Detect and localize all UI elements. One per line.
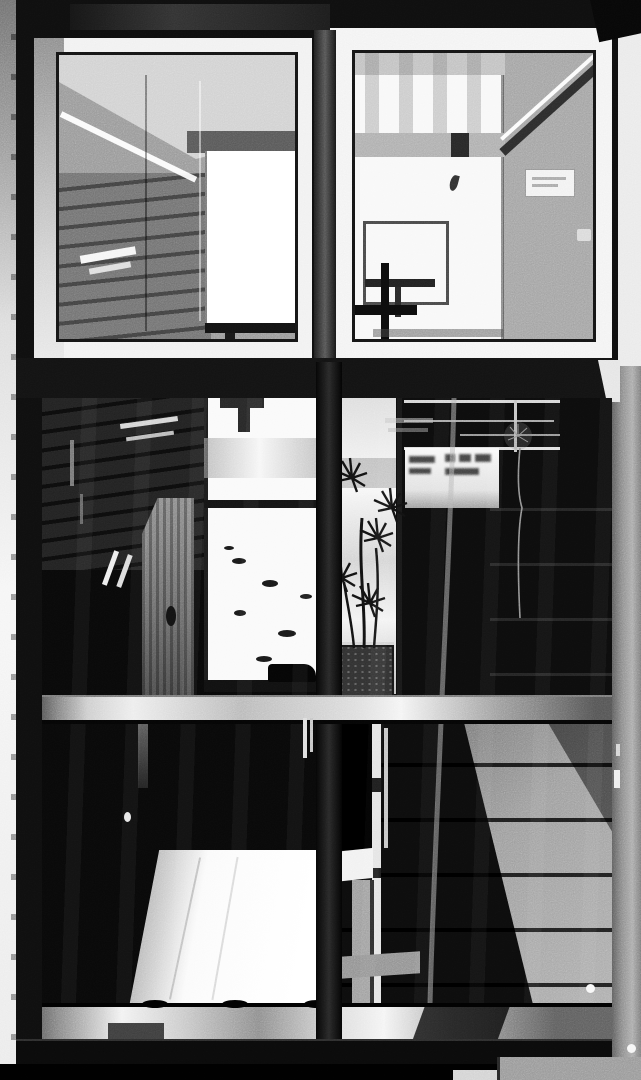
jamb-latch-highlight <box>616 744 620 756</box>
top-frame-rail <box>70 4 330 30</box>
glass-scratch-light <box>199 81 201 321</box>
band-dark-patch <box>108 1023 164 1039</box>
stair-shadow-on-band <box>411 1007 509 1043</box>
stepping-stone <box>256 656 272 662</box>
window-head-shadow <box>187 131 295 153</box>
brick-joint-shadows <box>11 0 16 1080</box>
wood-grain <box>142 498 194 698</box>
threshold-highlight <box>453 1070 501 1080</box>
upper-center-mullion <box>314 30 336 362</box>
upper-left-glass <box>56 52 298 342</box>
interior-door-sign <box>525 169 575 197</box>
wood-knot <box>166 606 176 626</box>
door-push-bar <box>42 695 612 724</box>
glass-scratch-dark <box>145 75 147 331</box>
door-handle-highlight <box>577 229 591 241</box>
brick-edge-highlight <box>70 440 74 486</box>
tile-joint-line <box>169 857 201 999</box>
wall-reflection-stripes <box>365 53 495 133</box>
dandelion-wisp <box>504 422 532 618</box>
upper-left-sash <box>34 38 312 358</box>
stairwell-door-photograph <box>0 0 641 1080</box>
sign-text-line <box>532 184 558 187</box>
window-cross-post <box>238 398 250 432</box>
tile-joint-line <box>211 857 238 1000</box>
dark-object-silhouette <box>268 664 316 682</box>
courtyard-window <box>204 398 316 692</box>
bright-interior-window <box>205 151 297 323</box>
upper-right-sash <box>330 28 612 362</box>
window-sill-shadow <box>205 323 295 333</box>
bottom-right-floor <box>497 1057 641 1080</box>
stepping-stone <box>224 546 234 550</box>
stepping-stone <box>262 580 278 587</box>
hallway-mid-band <box>355 133 505 157</box>
sign-text-line <box>532 177 566 180</box>
white-fleck <box>124 812 131 822</box>
stepping-stone <box>234 610 246 616</box>
jamb-latch-highlight <box>614 770 620 788</box>
table-silhouette <box>365 279 435 287</box>
floor-shadow-band <box>373 329 503 337</box>
stepping-stone <box>278 630 296 637</box>
dracaena-plant <box>340 458 407 648</box>
sunlit-floor-patch <box>120 850 316 1003</box>
gray-streak <box>138 722 148 788</box>
stepping-stone <box>232 558 246 564</box>
dark-fixture <box>451 133 469 157</box>
right-frame-white-strip <box>618 0 641 366</box>
inner-window-frame <box>363 221 449 305</box>
band-bump <box>222 1000 248 1008</box>
window-crossbar <box>204 500 316 508</box>
courtyard-haze <box>204 438 316 478</box>
upper-right-glass <box>352 50 596 342</box>
white-tick-mark <box>303 718 307 758</box>
exterior-brick-wall <box>0 0 16 1080</box>
small-dark-mark <box>448 174 460 191</box>
wooden-post <box>142 498 194 698</box>
white-tick-mark <box>310 718 313 752</box>
transom-bar <box>16 358 612 398</box>
sill-stub <box>225 333 235 341</box>
jamb-reflection-dot <box>627 1044 636 1053</box>
stepping-stone <box>300 594 312 599</box>
right-door-jamb <box>612 366 641 1080</box>
interior-door-edge <box>501 53 504 339</box>
band-bump <box>142 1000 168 1008</box>
brick-edge-highlight <box>80 494 83 524</box>
